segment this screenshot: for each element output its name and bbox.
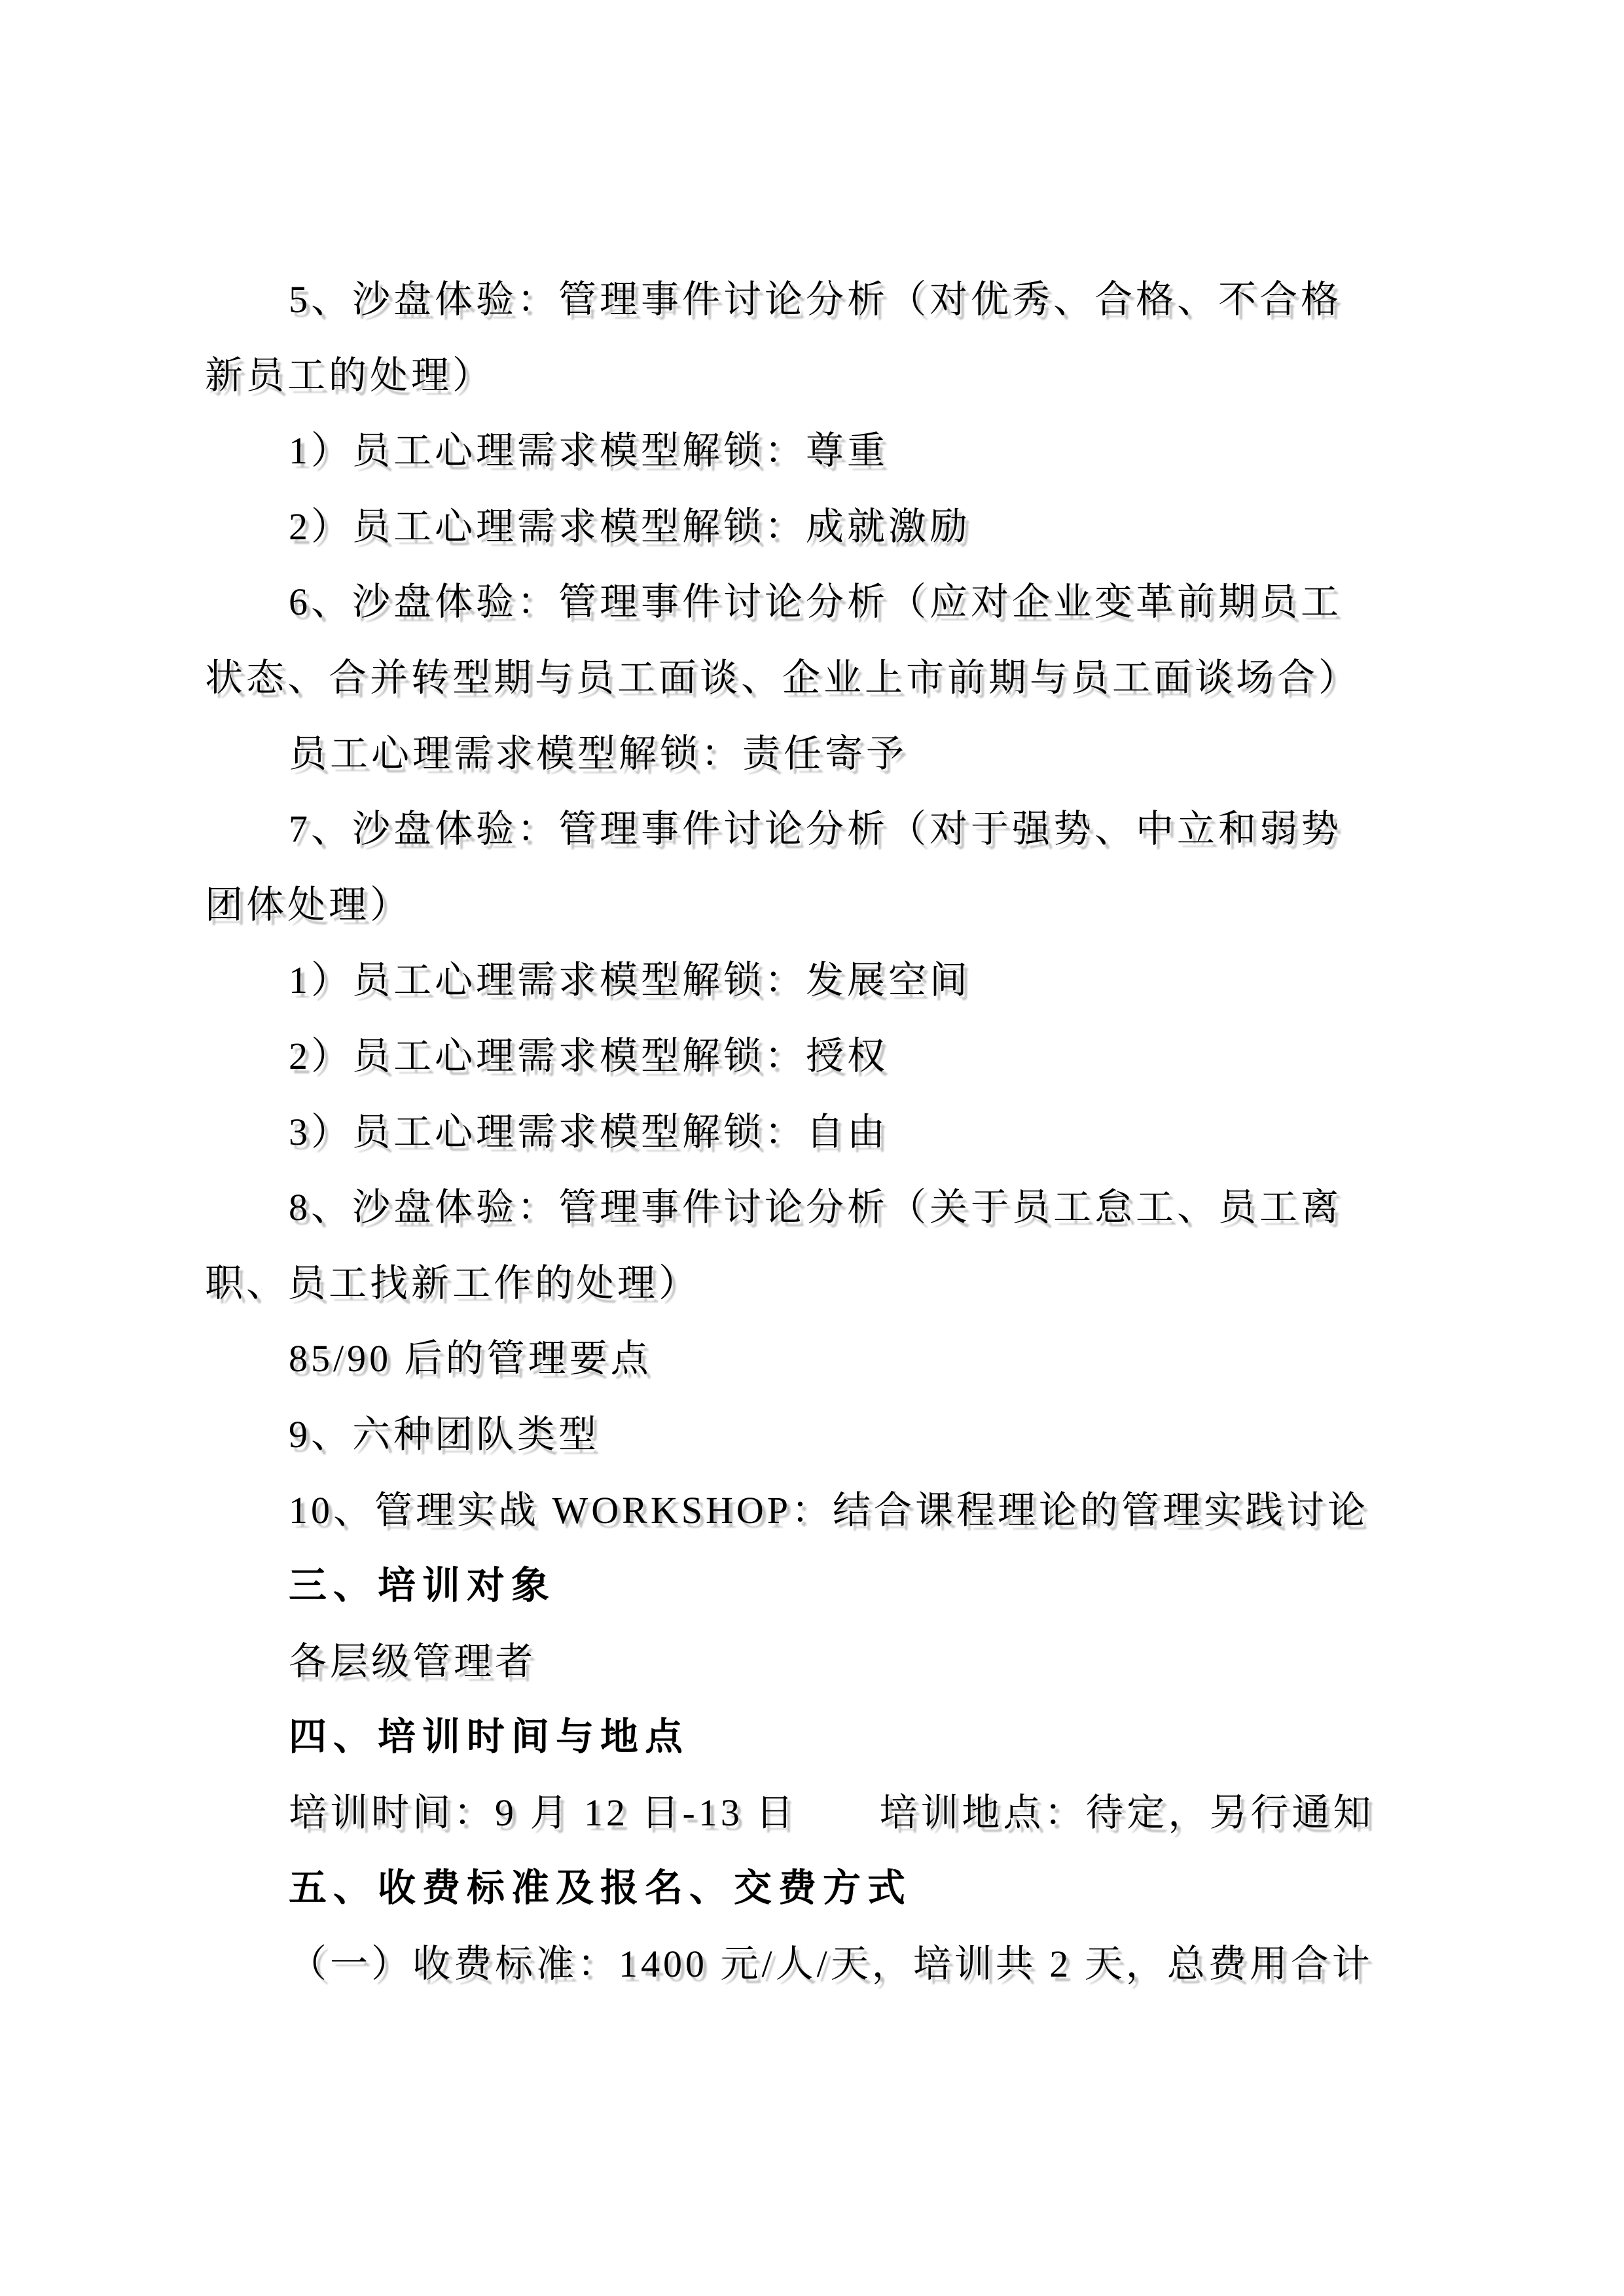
paragraph-line: 9、六种团队类型 [205, 1397, 1454, 1473]
paragraph-line: 培训时间：9 月 12 日-13 日 培训地点：待定，另行通知 [205, 1775, 1454, 1851]
paragraph-line: 各层级管理者 [205, 1624, 1454, 1700]
paragraph-line: 10、管理实战 WORKSHOP：结合课程理论的管理实践讨论 [205, 1473, 1454, 1549]
section-heading-time-location: 四、培训时间与地点 [205, 1699, 1454, 1775]
paragraph-line: 1）员工心理需求模型解锁：发展空间 [205, 942, 1454, 1018]
paragraph-line: 员工心理需求模型解锁：责任寄予 [205, 716, 1454, 792]
paragraph-line: 职、员工找新工作的处理） [205, 1246, 1454, 1321]
paragraph-line: 新员工的处理） [205, 338, 1454, 414]
paragraph-line: 6、沙盘体验：管理事件讨论分析（应对企业变革前期员工 [205, 564, 1454, 640]
paragraph-line: 团体处理） [205, 867, 1454, 943]
document-body: 5、沙盘体验：管理事件讨论分析（对优秀、合格、不合格 新员工的处理） 1）员工心… [205, 262, 1454, 2002]
paragraph-line: 2）员工心理需求模型解锁：授权 [205, 1018, 1454, 1094]
paragraph-line: 状态、合并转型期与员工面谈、企业上市前期与员工面谈场合） [205, 640, 1454, 716]
paragraph-line: 1）员工心理需求模型解锁：尊重 [205, 413, 1454, 489]
paragraph-line: 8、沙盘体验：管理事件讨论分析（关于员工怠工、员工离 [205, 1170, 1454, 1246]
paragraph-line: 7、沙盘体验：管理事件讨论分析（对于强势、中立和弱势 [205, 791, 1454, 867]
paragraph-line: 2）员工心理需求模型解锁：成就激励 [205, 489, 1454, 565]
section-heading-fees-registration: 五、收费标准及报名、交费方式 [205, 1850, 1454, 1926]
paragraph-line: 5、沙盘体验：管理事件讨论分析（对优秀、合格、不合格 [205, 262, 1454, 338]
paragraph-line: 85/90 后的管理要点 [205, 1321, 1454, 1397]
paragraph-line: （一）收费标准：1400 元/人/天，培训共 2 天，总费用合计 [205, 1926, 1454, 2002]
section-heading-training-audience: 三、培训对象 [205, 1548, 1454, 1624]
paragraph-line: 3）员工心理需求模型解锁：自由 [205, 1094, 1454, 1170]
document-page: 5、沙盘体验：管理事件讨论分析（对优秀、合格、不合格 新员工的处理） 1）员工心… [0, 0, 1624, 2296]
